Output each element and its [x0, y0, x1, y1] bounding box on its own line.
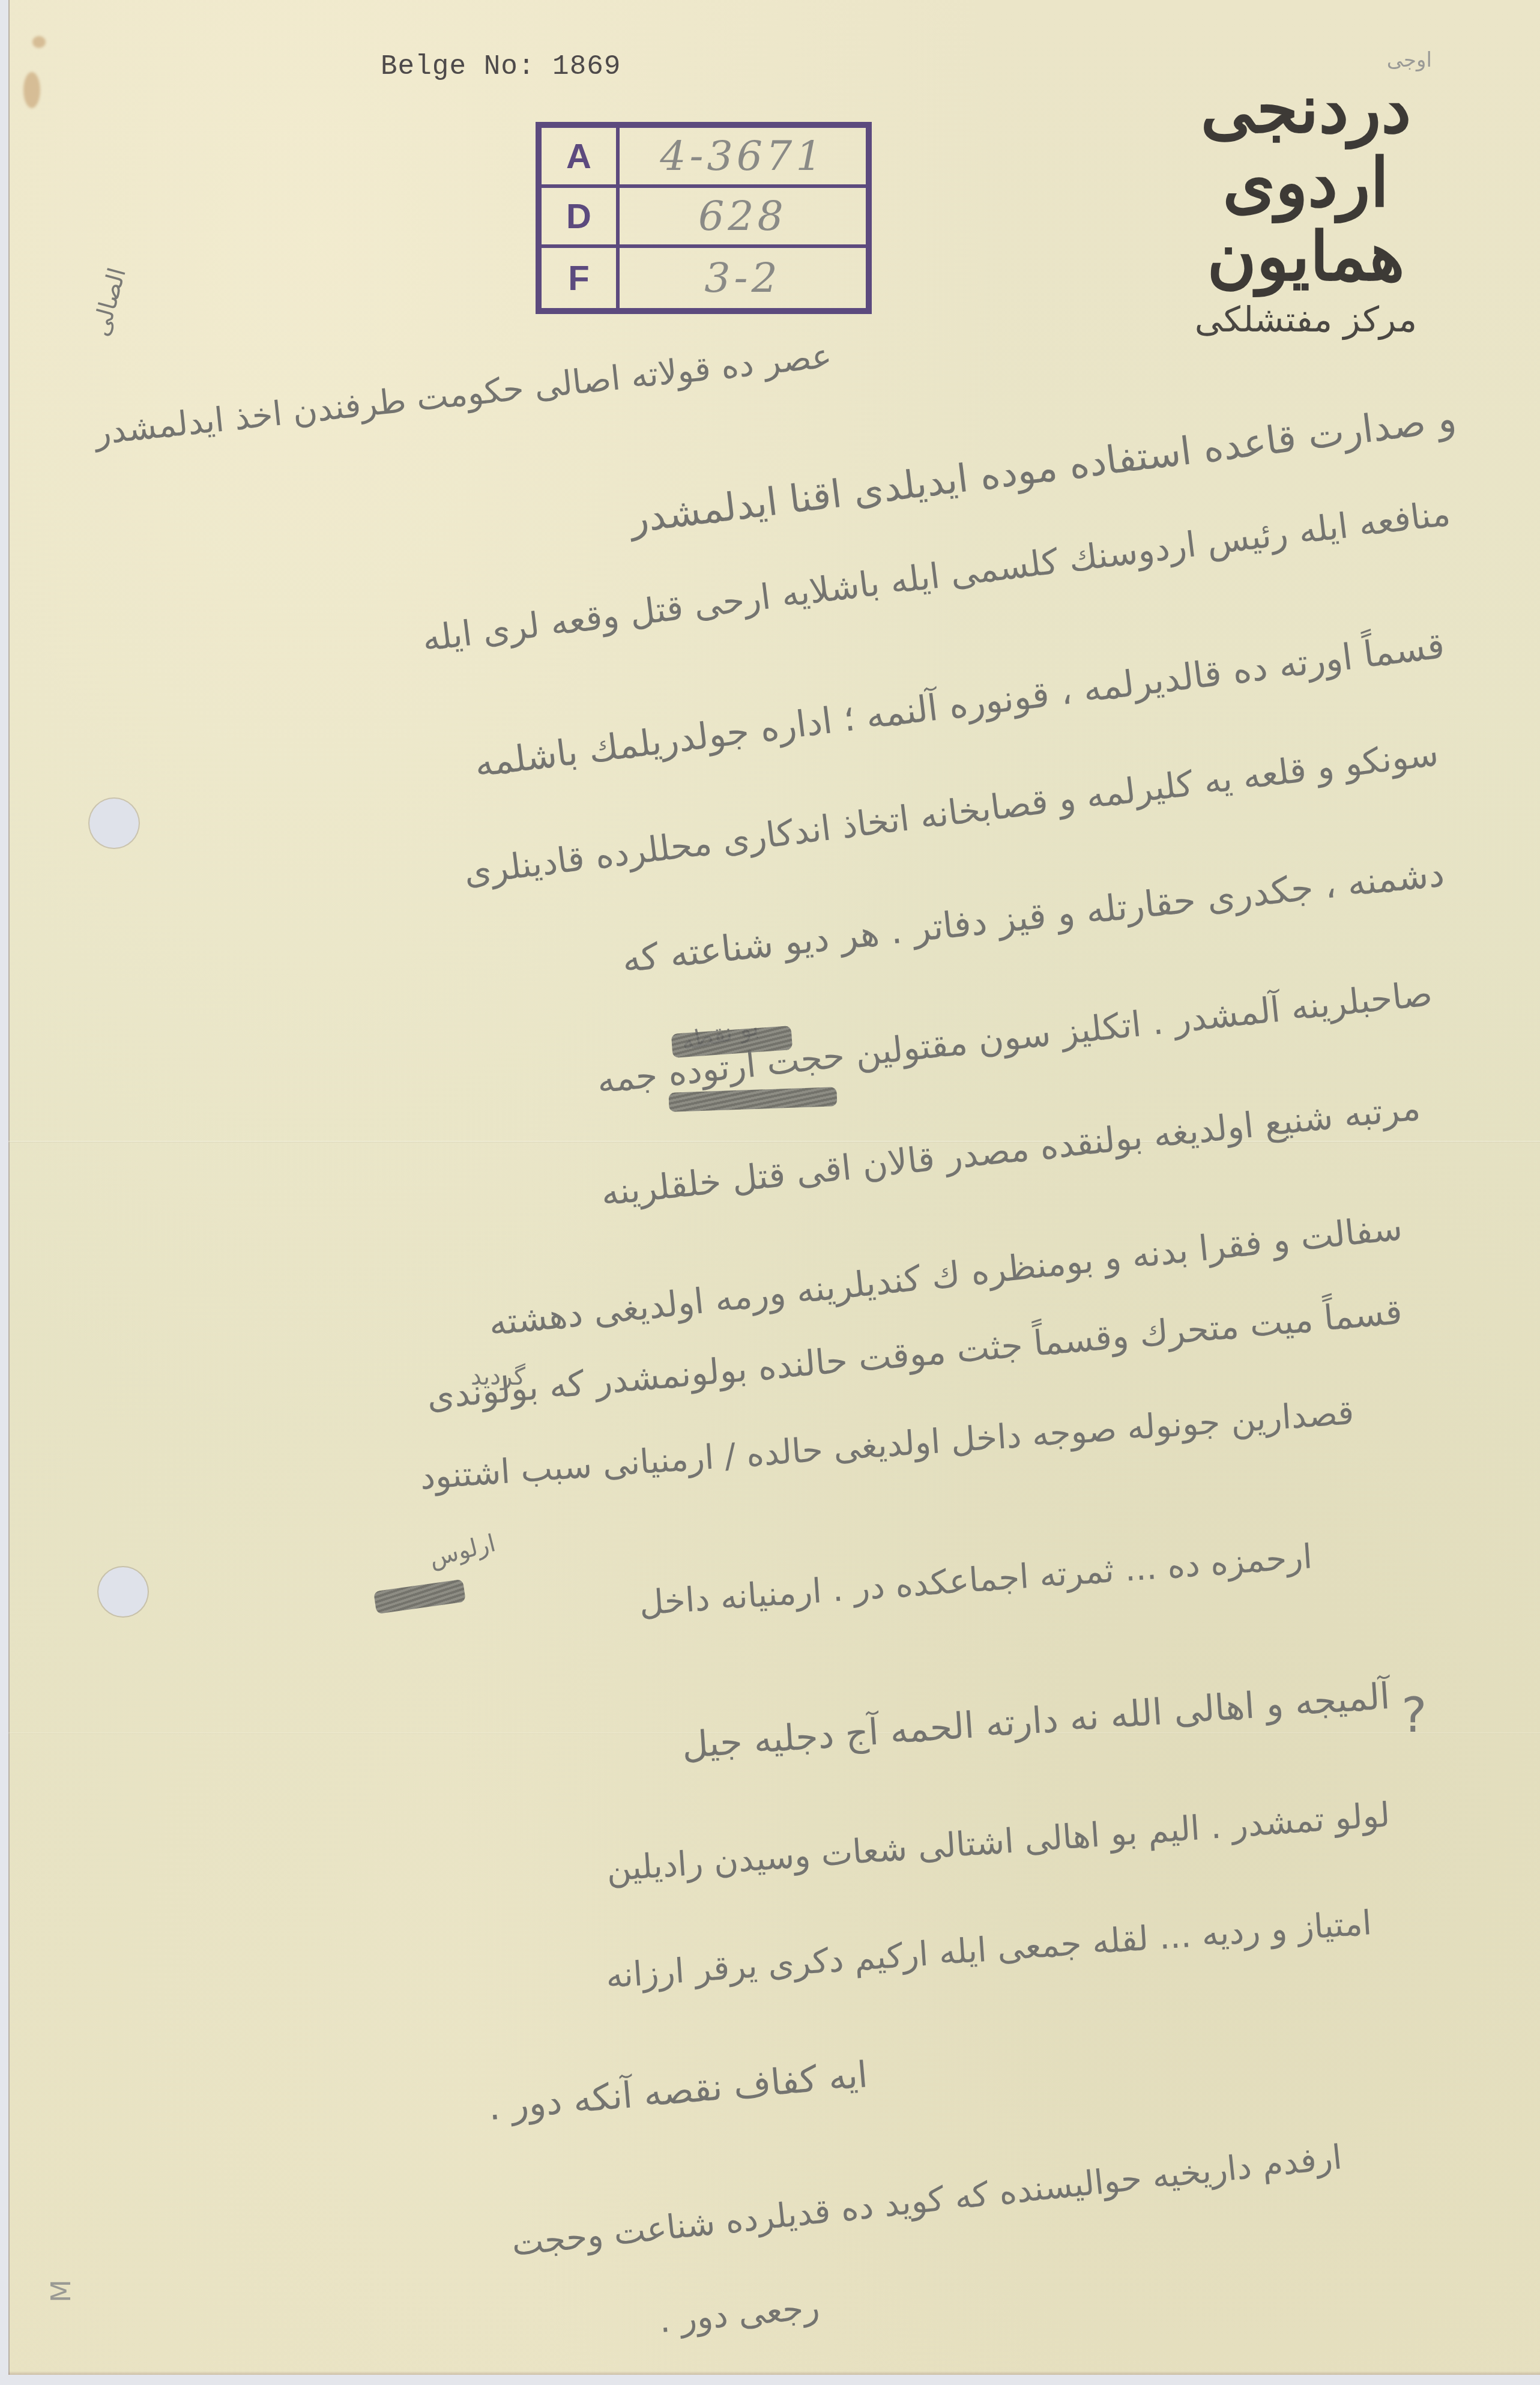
body-line: امتیاز و ردیه ... لقله جمعی ایله ارکیم د…: [605, 1903, 1373, 1996]
hole-punch: [98, 1567, 148, 1616]
body-line: رجعی دور .: [657, 2288, 821, 2341]
body-line: عصر ده قولاته اصالی حکومت طرفندن اخذ اید…: [92, 336, 833, 453]
body-line: ارحمزه ده ... ثمرته اجماعکده در . ارمنیا…: [638, 1537, 1313, 1623]
body-line: آلمیجه و اهالی الله نه دارته الحمه آج دج…: [681, 1675, 1392, 1767]
stamp-value-f: 3-2: [620, 248, 866, 308]
crossed-out-text: [373, 1579, 466, 1615]
stain: [32, 36, 46, 48]
stamp-label-f: F: [542, 248, 620, 308]
interlinear-note: گردید: [471, 1363, 525, 1391]
letterhead-subtitle: مرکز مفتشلکی: [1126, 299, 1486, 340]
question-mark: ?: [1401, 1687, 1427, 1743]
letterhead-annotation: اوجی: [1387, 48, 1432, 72]
body-line: ایه کفاف نقصه آنکه دور .: [486, 2054, 869, 2129]
body-line: منافعه ایله رئیس اردوسنك كلسمی ایله باشل…: [420, 492, 1453, 659]
letterhead-title: دردنجی اردوی همایون: [1126, 72, 1486, 294]
letterhead: اوجی دردنجی اردوی همایون مرکز مفتشلکی: [1126, 48, 1486, 340]
body-line: لولو تمشدر . الیم بو اهالی اشتالی شعات و…: [605, 1795, 1391, 1889]
document-page: Belge No: 1869 A 4-3671 D 628 F 3-2 اوجی…: [8, 0, 1540, 2375]
fold-line: [8, 1141, 1540, 1143]
stamp-label-a: A: [542, 128, 620, 188]
hole-punch: [89, 799, 139, 848]
stamp-label-d: D: [542, 188, 620, 248]
archive-stamp: A 4-3671 D 628 F 3-2: [536, 122, 872, 314]
stain: [23, 72, 40, 108]
margin-note: الصالی: [87, 265, 131, 339]
interlinear-note: ارلوس: [426, 1529, 498, 1573]
body-line: ارفدم داریخیه حوالیسنده که کوید ده قدیلر…: [510, 2138, 1344, 2264]
margin-mark: M: [46, 2280, 77, 2303]
document-number: Belge No: 1869: [381, 51, 621, 82]
body-line: دشمنه ، جکدری حقارتله و قیز دفاتر . هر د…: [620, 853, 1446, 981]
stamp-value-d: 628: [620, 188, 866, 248]
body-line: قصدارین جونوله صوجه داخل اولدیغی حالده /…: [419, 1393, 1356, 1498]
stamp-value-a: 4-3671: [620, 128, 866, 188]
